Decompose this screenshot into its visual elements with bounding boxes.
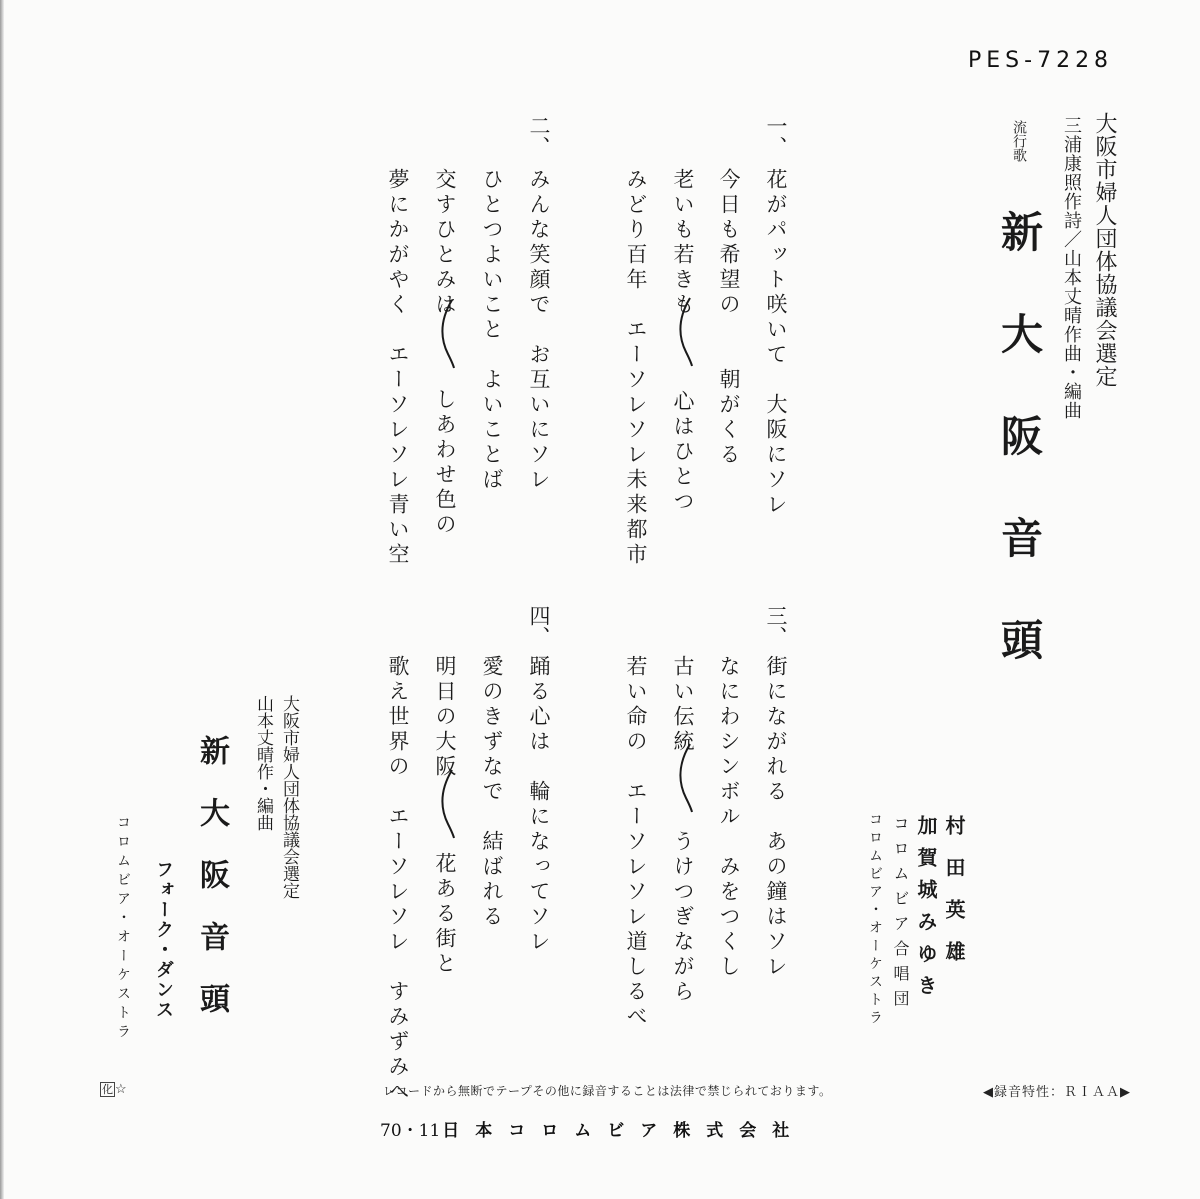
lyric-line: 心はひとつ: [672, 390, 693, 515]
lyric-line: 交すひとみは: [434, 168, 455, 318]
lyric-line: 愛のきずなで 結ばれる: [481, 655, 502, 930]
lyric-line: うけつぎながら: [672, 830, 693, 1005]
lyric-line: 街にながれる あの鐘はソレ: [765, 655, 786, 980]
lyric-line: なにわシンボル みをつくし: [718, 655, 739, 980]
wave-dash-icon: [676, 296, 694, 368]
b-side-subtitle: フォーク・ダンス: [154, 860, 172, 1020]
verse-number: 二、: [528, 115, 549, 157]
date-code: 70・11: [380, 1121, 440, 1141]
copyright-notice: レコードから無断でテープその他に録音することは法律で禁じられております。: [383, 1082, 831, 1099]
lyric-line: 夢にかがやく エーソレソレ青い空: [387, 168, 408, 568]
singer-name: 村田英雄: [944, 815, 964, 983]
lyric-line: みどり百年 エーソレソレ未来都市: [625, 168, 646, 568]
catalog-number: PES-7228: [968, 48, 1113, 73]
lyric-line: 花ある街と: [434, 852, 455, 977]
scan-edge-shadow: [0, 0, 4, 1199]
company-name: 日本コロムビア株式会社: [442, 1121, 805, 1141]
lyric-line: ひとつよいこと よいことば: [481, 168, 502, 493]
b-side-selection-note: 大阪市婦人団体協議会選定: [280, 695, 297, 899]
lyric-line: しあわせ色の: [434, 388, 455, 538]
lyric-line: みんな笑顔で お互いにソレ: [528, 168, 549, 493]
lyric-line: 花がパット咲いて 大阪にソレ: [765, 168, 786, 518]
b-side-credits: 山本丈晴作・編曲: [254, 695, 271, 831]
lyric-line: 明日の大阪: [434, 655, 455, 780]
genre-label: 流行歌: [1012, 120, 1026, 162]
wave-dash-icon: [438, 768, 456, 840]
chorus-name: コロムビア合唱団: [892, 815, 908, 1015]
verse-number: 一、: [765, 115, 786, 157]
wave-dash-icon: [676, 742, 694, 814]
lyric-line: 踊る心は 輪になってソレ: [528, 655, 549, 955]
verse-number: 三、: [765, 605, 786, 647]
company-line: 70・11日本コロムビア株式会社: [380, 1116, 805, 1141]
songwriting-credits: 三浦康照作詩／山本丈晴作曲・編曲: [1062, 116, 1080, 420]
wave-dash-icon: [438, 298, 456, 370]
lyric-line: 若い命の エーソレソレ道しるべ: [625, 655, 646, 1030]
recording-characteristic: ◀録音特性：ＲＩＡＡ▶: [983, 1081, 1131, 1100]
b-side-orchestra: コロムビア・オーケストラ: [116, 815, 130, 1043]
lyric-line: 歌え世界の エーソレソレ すみずみへ: [387, 655, 408, 1105]
boxed-mark: 化: [100, 1082, 115, 1097]
star-icon: ☆: [115, 1082, 127, 1097]
song-title: 新大阪音頭: [998, 210, 1040, 720]
rating-mark: 化☆: [100, 1081, 127, 1097]
selection-note: 大阪市婦人団体協議会選定: [1093, 112, 1115, 388]
lyric-line: 古い伝統: [672, 655, 693, 755]
lyric-line: 今日も希望の 朝がくる: [718, 168, 739, 468]
b-side-title: 新大阪音頭: [196, 735, 226, 1045]
orchestra-name: コロムビア・オーケストラ: [868, 812, 882, 1028]
singer-name: 加賀城みゆき: [916, 815, 936, 1007]
verse-number: 四、: [528, 605, 549, 647]
